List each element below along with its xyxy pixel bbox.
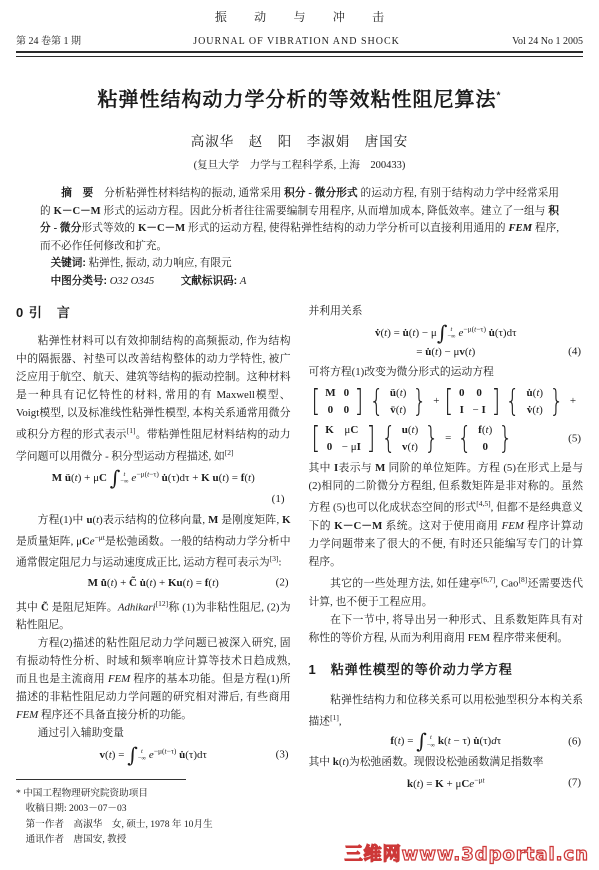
equation-4-line-2: = u̇(t) − μv(t)(4) [309,345,584,360]
authors: 高淑华 赵 阳 李淑娟 唐国安 [16,130,583,150]
intro-paragraph-3: 其中 C̃ 是阻尼矩阵。Adhikari[12]称 (1)为非粘性阻尼, (2)… [16,595,291,635]
equation-6-number: (6) [568,734,581,749]
keywords-label: 关键词: [51,257,86,269]
abstract-block: 摘 要 分析粘弹性材料结构的振动, 通常采用 积分 - 微分形式 的运动方程, … [40,185,559,290]
header-double-rule [16,51,583,57]
section-1-heading: 1 粘弹性模型的等价动力学方程 [309,661,584,679]
journal-name-en: JOURNAL OF VIBRATION AND SHOCK [193,36,400,47]
other-methods-paragraph: 其它的一些处理方法, 如任建亭[6,7], Cao[8]还需要迭代计算, 也不便… [309,571,584,611]
abstract-text: 摘 要 分析粘弹性材料结构的振动, 通常采用 积分 - 微分形式 的运动方程, … [40,185,559,255]
equation-3-number: (3) [276,747,289,762]
intro-paragraph-5: 通过引入辅助变量 [16,724,291,742]
journal-info-row: 第 24 卷第 1 期 JOURNAL OF VIBRATION AND SHO… [16,32,583,47]
equation-5-line-1: [M000]{ü(t)v̈(t)} + [0I0− I]{u̇(t)v̇(t)}… [309,385,584,418]
equation-7-number: (7) [568,776,581,791]
equation-5-line-2: [K0μC− μI]{u(t)v(t)} = {f(t)0}(5) [309,422,584,455]
paper-title-text: 粘弹性结构动力学分析的等效粘性阻尼算法 [98,89,497,111]
relaxation-paragraph: 其中 k(t)为松弛函数。现假设松弛函数满足指数率 [309,753,584,771]
equation-5-line-1-body: [M000]{ü(t)v̈(t)} + [0I0− I]{u̇(t)v̇(t)}… [309,395,577,407]
received-date: 收稿日期: 2003－07－03 [16,801,291,817]
corresponding-author-note: 通讯作者 唐国安, 教授 [16,832,291,848]
footnote-block: * 中国工程物理研究院资助项目 收稿日期: 2003－07－03 第一作者 高淑… [16,779,291,848]
abstract-body: 分析粘弹性材料结构的振动, 通常采用 积分 - 微分形式 的运动方程, 有别于结… [40,188,559,252]
equation-2-number: (2) [276,576,289,591]
equation-5-line-2-body: [K0μC− μI]{u(t)v(t)} = {f(t)0} [309,432,517,444]
first-author-note: 第一作者 高淑华 女, 硕士, 1978 年 10月生 [16,817,291,833]
equation-1: M ü(t) + μC ∫t−∞e−μ(t−τ) u̇(τ)dτ + K u(t… [16,469,291,486]
left-column: 0 引 言 粘弹性材料可以有效抑制结构的高频振动, 作为结构中的隔振器、衬垫可以… [16,302,291,848]
footnote-rule [16,779,186,780]
equation-2-body: M u̇̈(t) + C̃ u̇(t) + Ku(t) = f(t) [88,577,219,589]
two-column-body: 0 引 言 粘弹性材料可以有效抑制结构的高频振动, 作为结构中的隔振器、衬垫可以… [16,302,583,848]
viscoelastic-paragraph: 粘弹性结构力和位移关系可以用松弛型积分本构关系描述[1], [309,691,584,731]
equation-4-number: (4) [568,345,581,360]
equation-5-number: (5) [568,431,581,446]
title-footnote-mark: * [497,90,502,101]
equation-7-body: k(t) = K + μCe−μt [407,778,485,790]
equation-4-line-2-body: = u̇(t) − μv(t) [416,346,475,358]
right-column: 并利用关系 v̇(t) = u̇(t) − μ∫t−∞e−μ(t−τ) u̇(τ… [309,302,584,848]
equation-4-line-1: v̇(t) = u̇(t) − μ∫t−∞e−μ(t−τ) u̇(τ)dτ [309,324,584,341]
intro-paragraph-2: 方程(1)中 u(t)表示结构的位移向量, M 是刚度矩阵, K 是质量矩阵, … [16,511,291,572]
equation-1-number: (1) [16,490,285,508]
paper-title: 粘弹性结构动力学分析的等效粘性阻尼算法* [16,83,583,112]
journal-header: 振 动 与 冲 击 第 24 卷第 1 期 JOURNAL OF VIBRATI… [16,8,583,57]
keywords-line: 关键词: 粘弹性, 振动, 动力响应, 有限元 [40,255,559,273]
equation-4-line-1-body: v̇(t) = u̇(t) − μ∫t−∞e−μ(t−τ) u̇(τ)dτ [375,327,517,339]
classification-line: 中图分类号: O32 O345文献标识码: A [40,273,559,291]
paper-page: 振 动 与 冲 击 第 24 卷第 1 期 JOURNAL OF VIBRATI… [0,0,599,870]
equation-6: f(t) = ∫t−∞k(t − τ) u̇(τ)dτ(6) [309,734,584,749]
intro-paragraph-1: 粘弹性材料可以有效抑制结构的高频振动, 作为结构中的隔振器、衬垫可以改善结构整体… [16,332,291,465]
journal-name-cn: 振 动 与 冲 击 [16,8,583,25]
volume-info: Vol 24 No 1 2005 [512,36,583,47]
abstract-label: 摘 要 [61,187,93,199]
funding-note: * 中国工程物理研究院资助项目 [16,786,291,802]
equation-1-body: M ü(t) + μC ∫t−∞e−μ(t−τ) u̇(τ)dτ + K u(t… [52,472,255,484]
doc-code: A [240,276,246,287]
issue-info: 第 24 卷第 1 期 [16,32,81,47]
section-0-heading: 0 引 言 [16,304,291,322]
site-watermark: 三维网www.3dportal.cn [345,840,589,866]
equation-3: v(t) = ∫t−∞e−μ(t−τ) u̇(τ)dτ(3) [16,746,291,763]
intro-paragraph-4: 方程(2)描述的粘性阻尼动力学问题已被深入研究, 固有振动特性分析、时域和频率响… [16,634,291,724]
affiliation: (复旦大学 力学与工程科学系, 上海 200433) [16,157,583,172]
transform-intro: 可将方程(1)改变为微分形式的运动方程 [309,363,584,381]
identity-paragraph: 其中 I表示与 M 同阶的单位矩阵。方程 (5)在形式上是与 (2)相同的二阶微… [309,459,584,571]
equation-6-body: f(t) = ∫t−∞k(t − τ) u̇(τ)dτ [390,735,501,747]
clc-label: 中图分类号: [51,275,108,287]
relation-intro: 并利用关系 [309,302,584,320]
clc-code: O32 O345 [110,276,154,287]
next-section-paragraph: 在下一节中, 将导出另一种形式、且系数矩阵具有对称性的等价方程, 从而为利用商用… [309,611,584,647]
equation-3-body: v(t) = ∫t−∞e−μ(t−τ) u̇(τ)dτ [100,749,207,761]
equation-7: k(t) = K + μCe−μt(7) [309,775,584,792]
doc-code-label: 文献标识码: [181,275,238,287]
keywords: 粘弹性, 振动, 动力响应, 有限元 [89,258,232,269]
equation-2: M u̇̈(t) + C̃ u̇(t) + Ku(t) = f(t)(2) [16,576,291,591]
